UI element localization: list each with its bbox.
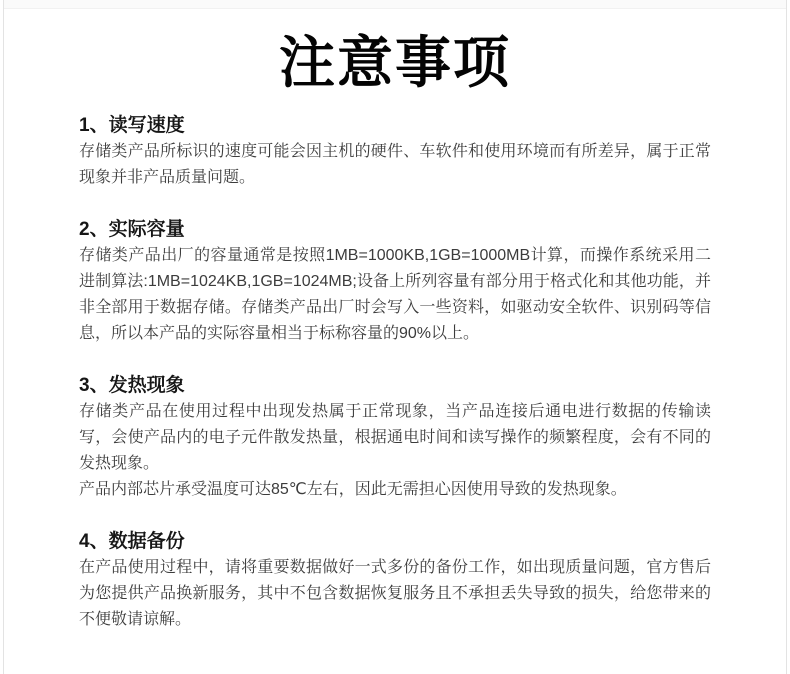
left-border-line	[3, 0, 4, 674]
section-read-write-speed: 1、读写速度 存储类产品所标识的速度可能会因主机的硬件、车软件和使用环境而有所差…	[79, 113, 711, 191]
section-data-backup: 4、数据备份 在产品使用过程中，请将重要数据做好一式多份的备份工作，如出现质量问…	[79, 529, 711, 633]
top-strip	[4, 0, 786, 9]
notice-page: 注意事项 1、读写速度 存储类产品所标识的速度可能会因主机的硬件、车软件和使用环…	[0, 0, 790, 674]
section-heading-heat-phenomenon: 3、发热现象	[79, 373, 711, 399]
section-heading-read-write-speed: 1、读写速度	[79, 113, 711, 139]
section-heading-actual-capacity: 2、实际容量	[79, 217, 711, 243]
section-paragraph: 产品内部芯片承受温度可达85℃左右，因此无需担心因使用导致的发热现象。	[79, 477, 711, 503]
section-actual-capacity: 2、实际容量 存储类产品出厂的容量通常是按照1MB=1000KB,1GB=100…	[79, 217, 711, 347]
section-paragraph: 在产品使用过程中，请将重要数据做好一式多份的备份工作，如出现质量问题，官方售后为…	[79, 555, 711, 633]
section-paragraph: 存储类产品在使用过程中出现发热属于正常现象，当产品连接后通电进行数据的传输读写，…	[79, 399, 711, 477]
page-title: 注意事项	[0, 34, 790, 92]
right-border-line	[786, 0, 787, 674]
section-heat-phenomenon: 3、发热现象 存储类产品在使用过程中出现发热属于正常现象，当产品连接后通电进行数…	[79, 373, 711, 503]
section-heading-data-backup: 4、数据备份	[79, 529, 711, 555]
section-paragraph: 存储类产品出厂的容量通常是按照1MB=1000KB,1GB=1000MB计算，而…	[79, 243, 711, 347]
section-paragraph: 存储类产品所标识的速度可能会因主机的硬件、车软件和使用环境而有所差异，属于正常现…	[79, 139, 711, 191]
notice-content: 1、读写速度 存储类产品所标识的速度可能会因主机的硬件、车软件和使用环境而有所差…	[79, 113, 711, 633]
